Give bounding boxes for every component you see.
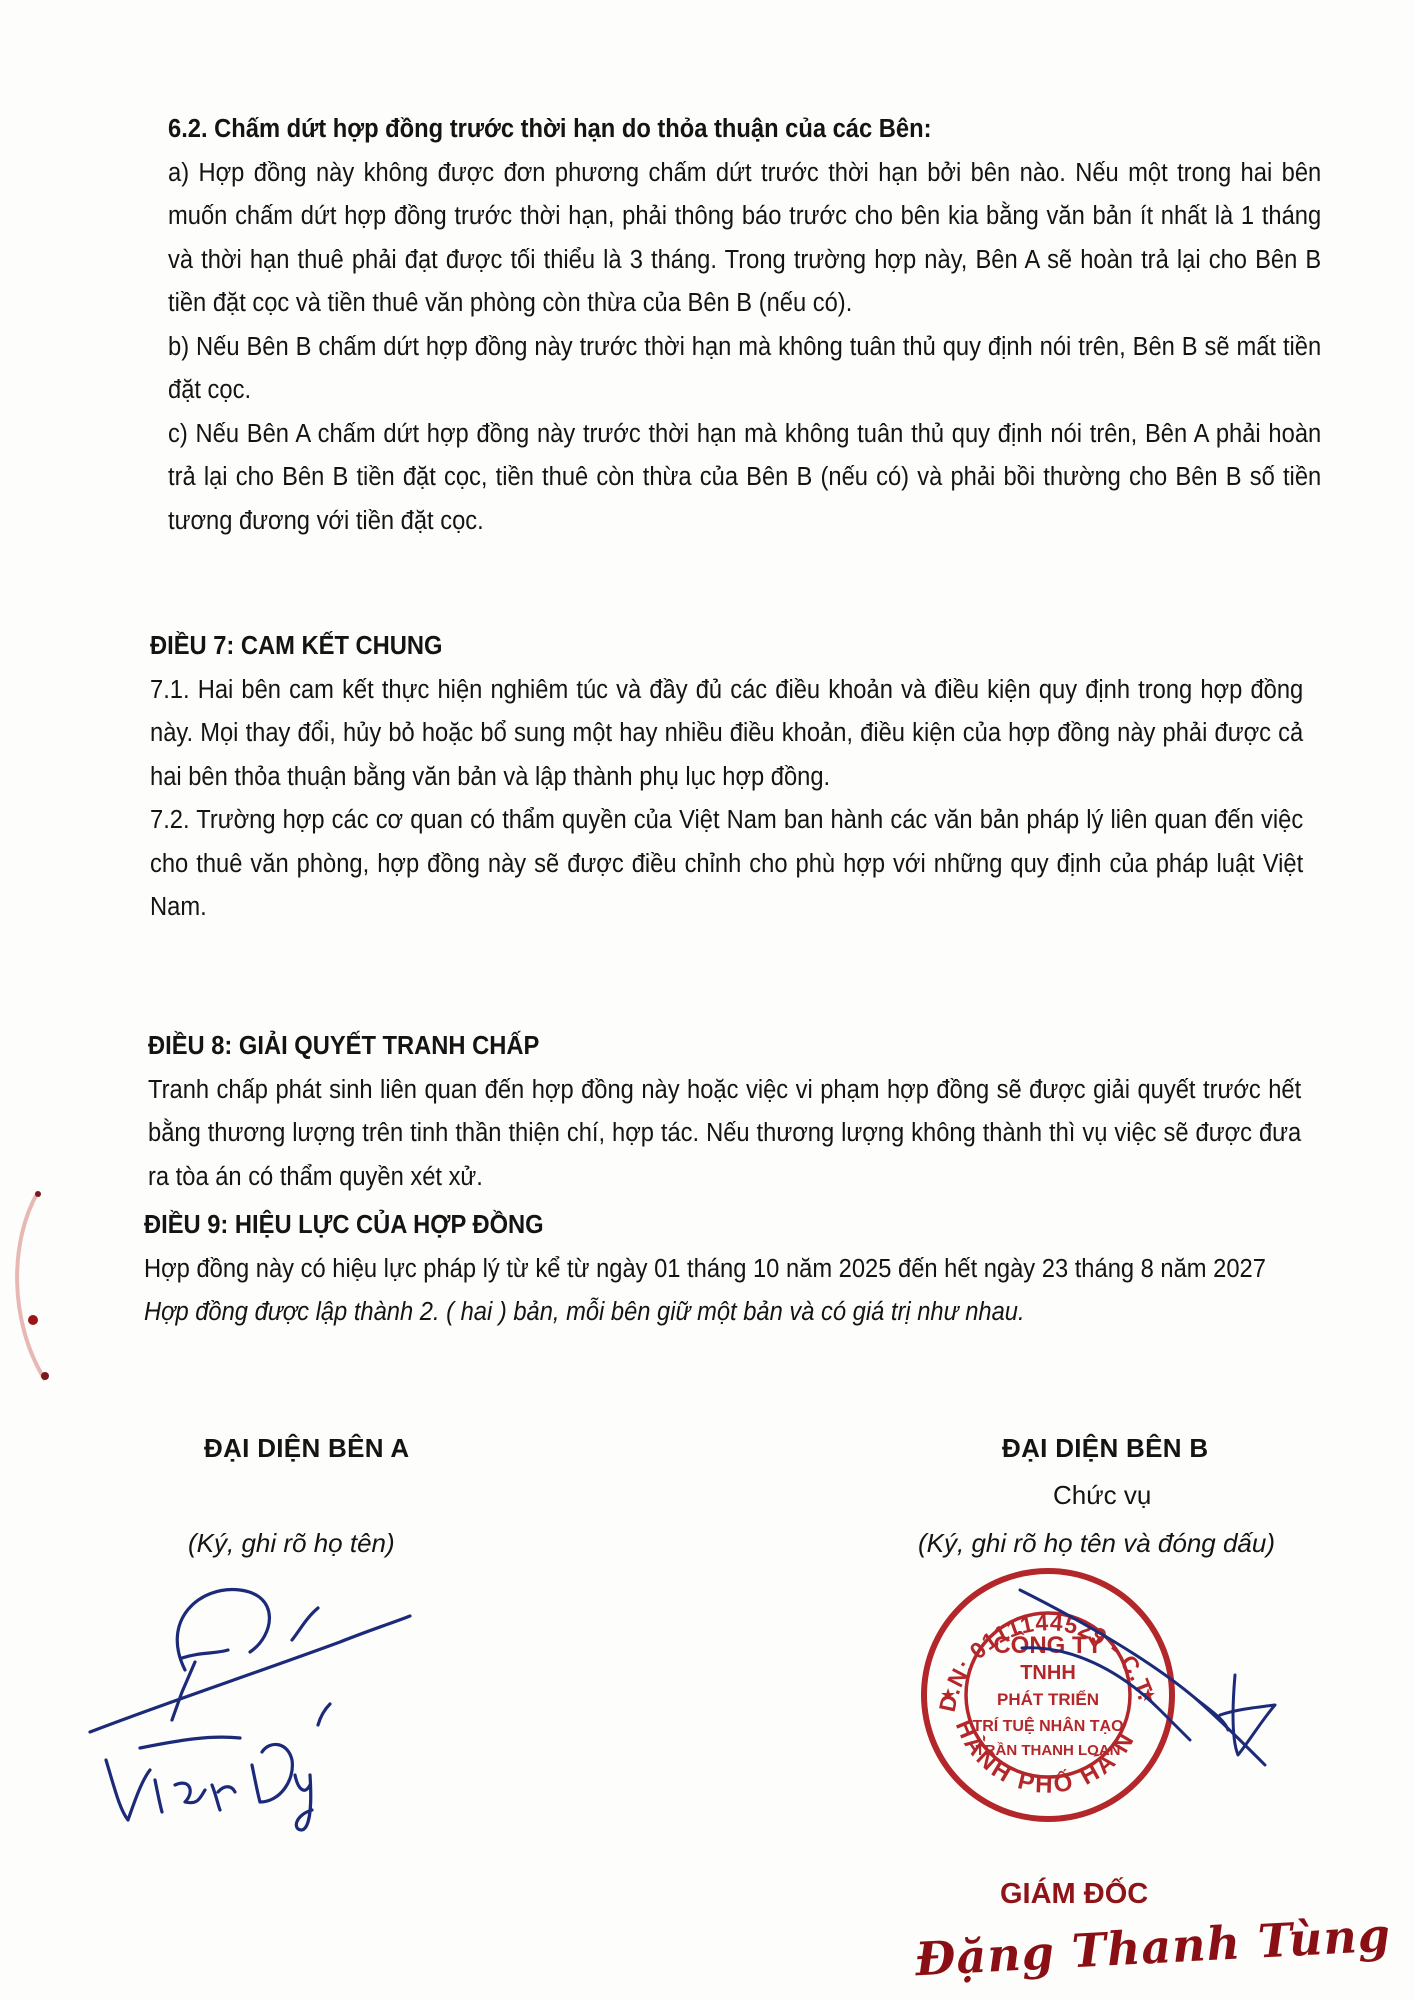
- clause-7-2: 7.2. Trường hợp các cơ quan có thẩm quyề…: [150, 799, 1303, 930]
- section-6-2: 6.2. Chấm dứt hợp đồng trước thời hạn do…: [168, 108, 1321, 543]
- party-b-position-label: Chức vụ: [1053, 1480, 1151, 1511]
- clause-7-1: 7.1. Hai bên cam kết thực hiện nghiêm tú…: [150, 669, 1303, 800]
- article-9: ĐIỀU 9: HIỆU LỰC CỦA HỢP ĐỒNG Hợp đồng n…: [144, 1204, 1297, 1335]
- party-a-note: (Ký, ghi rõ họ tên): [188, 1528, 395, 1559]
- contract-page: 6.2. Chấm dứt hợp đồng trước thời hạn do…: [0, 0, 1414, 2000]
- section-6-2-heading: 6.2. Chấm dứt hợp đồng trước thời hạn do…: [168, 108, 1321, 152]
- party-a-heading: ĐẠI DIỆN BÊN A: [204, 1433, 409, 1464]
- clause-6-2-c: c) Nếu Bên A chấm dứt hợp đồng này trước…: [168, 413, 1321, 544]
- copies-note: Hợp đồng được lập thành 2. ( hai ) bản, …: [144, 1291, 1297, 1335]
- party-b-note: (Ký, ghi rõ họ tên và đóng dấu): [918, 1528, 1275, 1559]
- article-9-heading: ĐIỀU 9: HIỆU LỰC CỦA HỢP ĐỒNG: [144, 1204, 1297, 1248]
- party-b-title: GIÁM ĐỐC: [1000, 1878, 1148, 1911]
- clause-6-2-a: a) Hợp đồng này không được đơn phương ch…: [168, 152, 1321, 326]
- article-8-heading: ĐIỀU 8: GIẢI QUYẾT TRANH CHẤP: [148, 1025, 1301, 1069]
- clause-6-2-b: b) Nếu Bên B chấm dứt hợp đồng này trước…: [168, 326, 1321, 413]
- margin-mark-decoration: [0, 1180, 80, 1420]
- party-b-name: Đặng Thanh Tùng: [914, 1908, 1392, 1987]
- article-7: ĐIỀU 7: CAM KẾT CHUNG 7.1. Hai bên cam k…: [150, 625, 1303, 930]
- article-9-body: Hợp đồng này có hiệu lực pháp lý từ kể t…: [144, 1248, 1297, 1292]
- party-b-signature: [1000, 1580, 1300, 1780]
- stamp-star-left-icon: ★: [940, 1685, 956, 1705]
- article-8-body: Tranh chấp phát sinh liên quan đến hợp đ…: [148, 1069, 1301, 1200]
- party-b-heading: ĐẠI DIỆN BÊN B: [1002, 1433, 1208, 1464]
- article-8: ĐIỀU 8: GIẢI QUYẾT TRANH CHẤP Tranh chấp…: [148, 1025, 1301, 1199]
- party-a-signature: [80, 1580, 420, 1850]
- article-7-heading: ĐIỀU 7: CAM KẾT CHUNG: [150, 625, 1303, 669]
